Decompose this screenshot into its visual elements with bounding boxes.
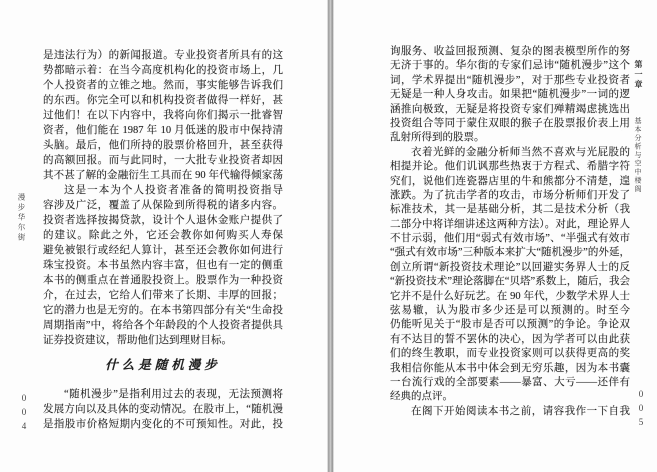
text-line: 珠宝投资。本书虽然内容丰富，但也有一定的侧重点。 [43,258,283,273]
text-line: 们的终生教职，而专业投资家则可以获得更高的奖金。 [390,347,630,361]
right-paragraph-block: 询服务、收益回报预测、复杂的图表模型所作的努力都是无济于事的。华尔街的专家们忌讳… [390,45,630,419]
section-heading: 什么是随机漫步 [43,357,283,374]
text-line: 无疑是一种人身攻击。如果把“随机漫步”一词的逻辑内 [390,88,630,102]
chapter-marker: 第一章 基本分析与空中楼阁 [629,60,647,194]
text-line: 过他们！在以下内容中，我将向你们揭示一批睿智的投 [43,108,283,123]
text-line: 它并不是什么好玩艺。在 90 年代，少数学术界人士也改 [390,290,630,304]
text-line: 相提并论。他们讥讽那些热衷于方程式、希腊字符的学 [390,160,630,174]
text-line: 二部分中将详细讲述这两种方法）。对此，理论界人士也 [390,218,630,232]
text-line: 仍能听见关于“股市是否可以预测”的争论。争论双方都 [390,318,630,332]
text-line: 资者，他们能在 1987 年 10 月低迷的股市中保持清醒的 [43,123,283,138]
text-line: 势都暗示着：在当今高度机构化的投资市场上，几乎已无 [43,63,283,78]
text-line: 是违法行为）的新闻报道。专业投资者所具有的这些优 [43,48,283,63]
text-line: 有不达目的誓不罢休的决心，因为学者可以由此获取他 [390,333,630,347]
text-line: 涵推向极致，无疑是将投资专家们殚精竭虑挑选出来的 [390,103,630,117]
text-line: 究们，说他们连瓷器店里的牛和熊都分不清楚，遑论股市 [390,175,630,189]
text-line: 的东西。你完全可以和机构投资者做得一样好，甚至超 [43,93,283,108]
text-line: 一台流行戏的全部要素——暴富、大亏——还伴有各种 [390,376,630,390]
text-line: 乱射所得到的股票。 [390,131,630,145]
text-line: 证券投资建议，帮助他们达到理财目标。 [43,333,283,348]
text-line: 无济于事的。华尔街的专家们忌讳“随机漫步”这个名 [390,59,630,73]
text-line: “新投资技术”理论落脚在“贝塔”系数上，随后，我会揭露 [390,275,630,289]
chapter-title-label: 基本分析与空中楼阁 [634,117,642,194]
text-line: 发展方向以及具体的变动情况。在股市上，“随机漫步” [43,402,283,417]
right-page-number: 005 [636,389,646,431]
text-line: 这是一本为个人投资者准备的简明投资指导书。内 [43,183,283,198]
text-line: 词，学术界提出“随机漫步”，对于那些专业投资者来说， [390,74,630,88]
text-line: 它的潜力也是无穷的。在本书第四部分有关“生命投资 [43,303,283,318]
left-paragraph-block-2: “随机漫步”是指利用过去的表现，无法预测将来的发展方向以及具体的变动情况。在股市… [43,387,283,432]
text-line: 在阁下开始阅读本书之前，请容我作一下自我介绍， [390,405,630,419]
text-line: 本书的侧重点在普通股投资上。股票作为一种投资媒 [43,273,283,288]
text-line: 标准技术，其一是基础分析，其二是技术分析（我们在第 [390,203,630,217]
text-line: 经典的点评。 [390,390,630,404]
text-line: 弦易辙，认为股市多少还是可以预测的。时至今日，我们 [390,304,630,318]
text-line: 头脑。最后，他们所持的股票价格回升，甚至获得了诱人 [43,138,283,153]
right-page-text: 询服务、收益回报预测、复杂的图表模型所作的努力都是无济于事的。华尔街的专家们忌讳… [390,45,630,419]
text-line: 的高额回报。而与此同时，一大批专业投资者却因使用 [43,153,283,168]
text-line: 容涉及广泛，覆盖了从保险到所得税的诸多内容。它为 [43,198,283,213]
text-line: 创立所谓“新投资技术理论”以回避实务界人士的反攻。 [390,261,630,275]
text-line: 衣着光鲜的金融分析师当然不喜欢与光屁股的猴子 [390,146,630,160]
text-line: 不甘示弱，他们用“弱式有效市场”、“半强式有效市场”、 [390,232,630,246]
text-line: 我相信你能从本书中体会到无穷乐趣，因为本书囊括了 [390,362,630,376]
left-margin-book-title: 漫步华尔街 [16,193,27,243]
text-line: 涨跌。为了抗击学者的攻击，市场分析师们开发了两套 [390,189,630,203]
left-paragraph-block-1: 是违法行为）的新闻报道。专业投资者所具有的这些优势都暗示着：在当今高度机构化的投… [43,48,283,348]
text-line: 询服务、收益回报预测、复杂的图表模型所作的努力都是 [390,45,630,59]
text-line: 其不甚了解的金融衍生工具而在 90 年代输得倾家荡产。 [43,168,283,183]
page-spread: 漫步华尔街 004 是违法行为）的新闻报道。专业投资者所具有的这些优势都暗示着：… [0,0,657,472]
text-line: 是指股市价格短期内变化的不可预知性。对此，投资咨 [43,417,283,432]
text-line: 避免被银行或经纪人算计，甚至还会教你如何进行金银、 [43,243,283,258]
scanned-book-spread: { "left_page": { "page_number": "004", "… [0,0,657,472]
chapter-number-label: 第一章 [634,60,643,90]
text-line: 个人投资者的立锥之地。然而，事实能够告诉我们更多 [43,78,283,93]
book-gutter-shadow [327,0,334,472]
text-line: 投资者选择按揭贷款，设计个人退休金账户提供了很好 [43,213,283,228]
text-line: 投资组合等同于蒙住双眼的猴子在股票报价表上用飞镖 [390,117,630,131]
text-line: “强式有效市场”三种版本来扩大“随机漫步”的外延，并 [390,246,630,260]
text-line: 介，在过去，它给人们带来了长期、丰厚的回报；在将来， [43,288,283,303]
text-line: “随机漫步”是指利用过去的表现，无法预测将来的 [43,387,283,402]
text-line: 周期指南”中，将给各个年龄段的个人投资者提供具体的 [43,318,283,333]
left-page-number: 004 [19,393,29,435]
left-page-text: 是违法行为）的新闻报道。专业投资者所具有的这些优势都暗示着：在当今高度机构化的投… [43,48,283,432]
text-line: 的建议。除此之外，它还会教你如何购买人寿保险，如何 [43,228,283,243]
